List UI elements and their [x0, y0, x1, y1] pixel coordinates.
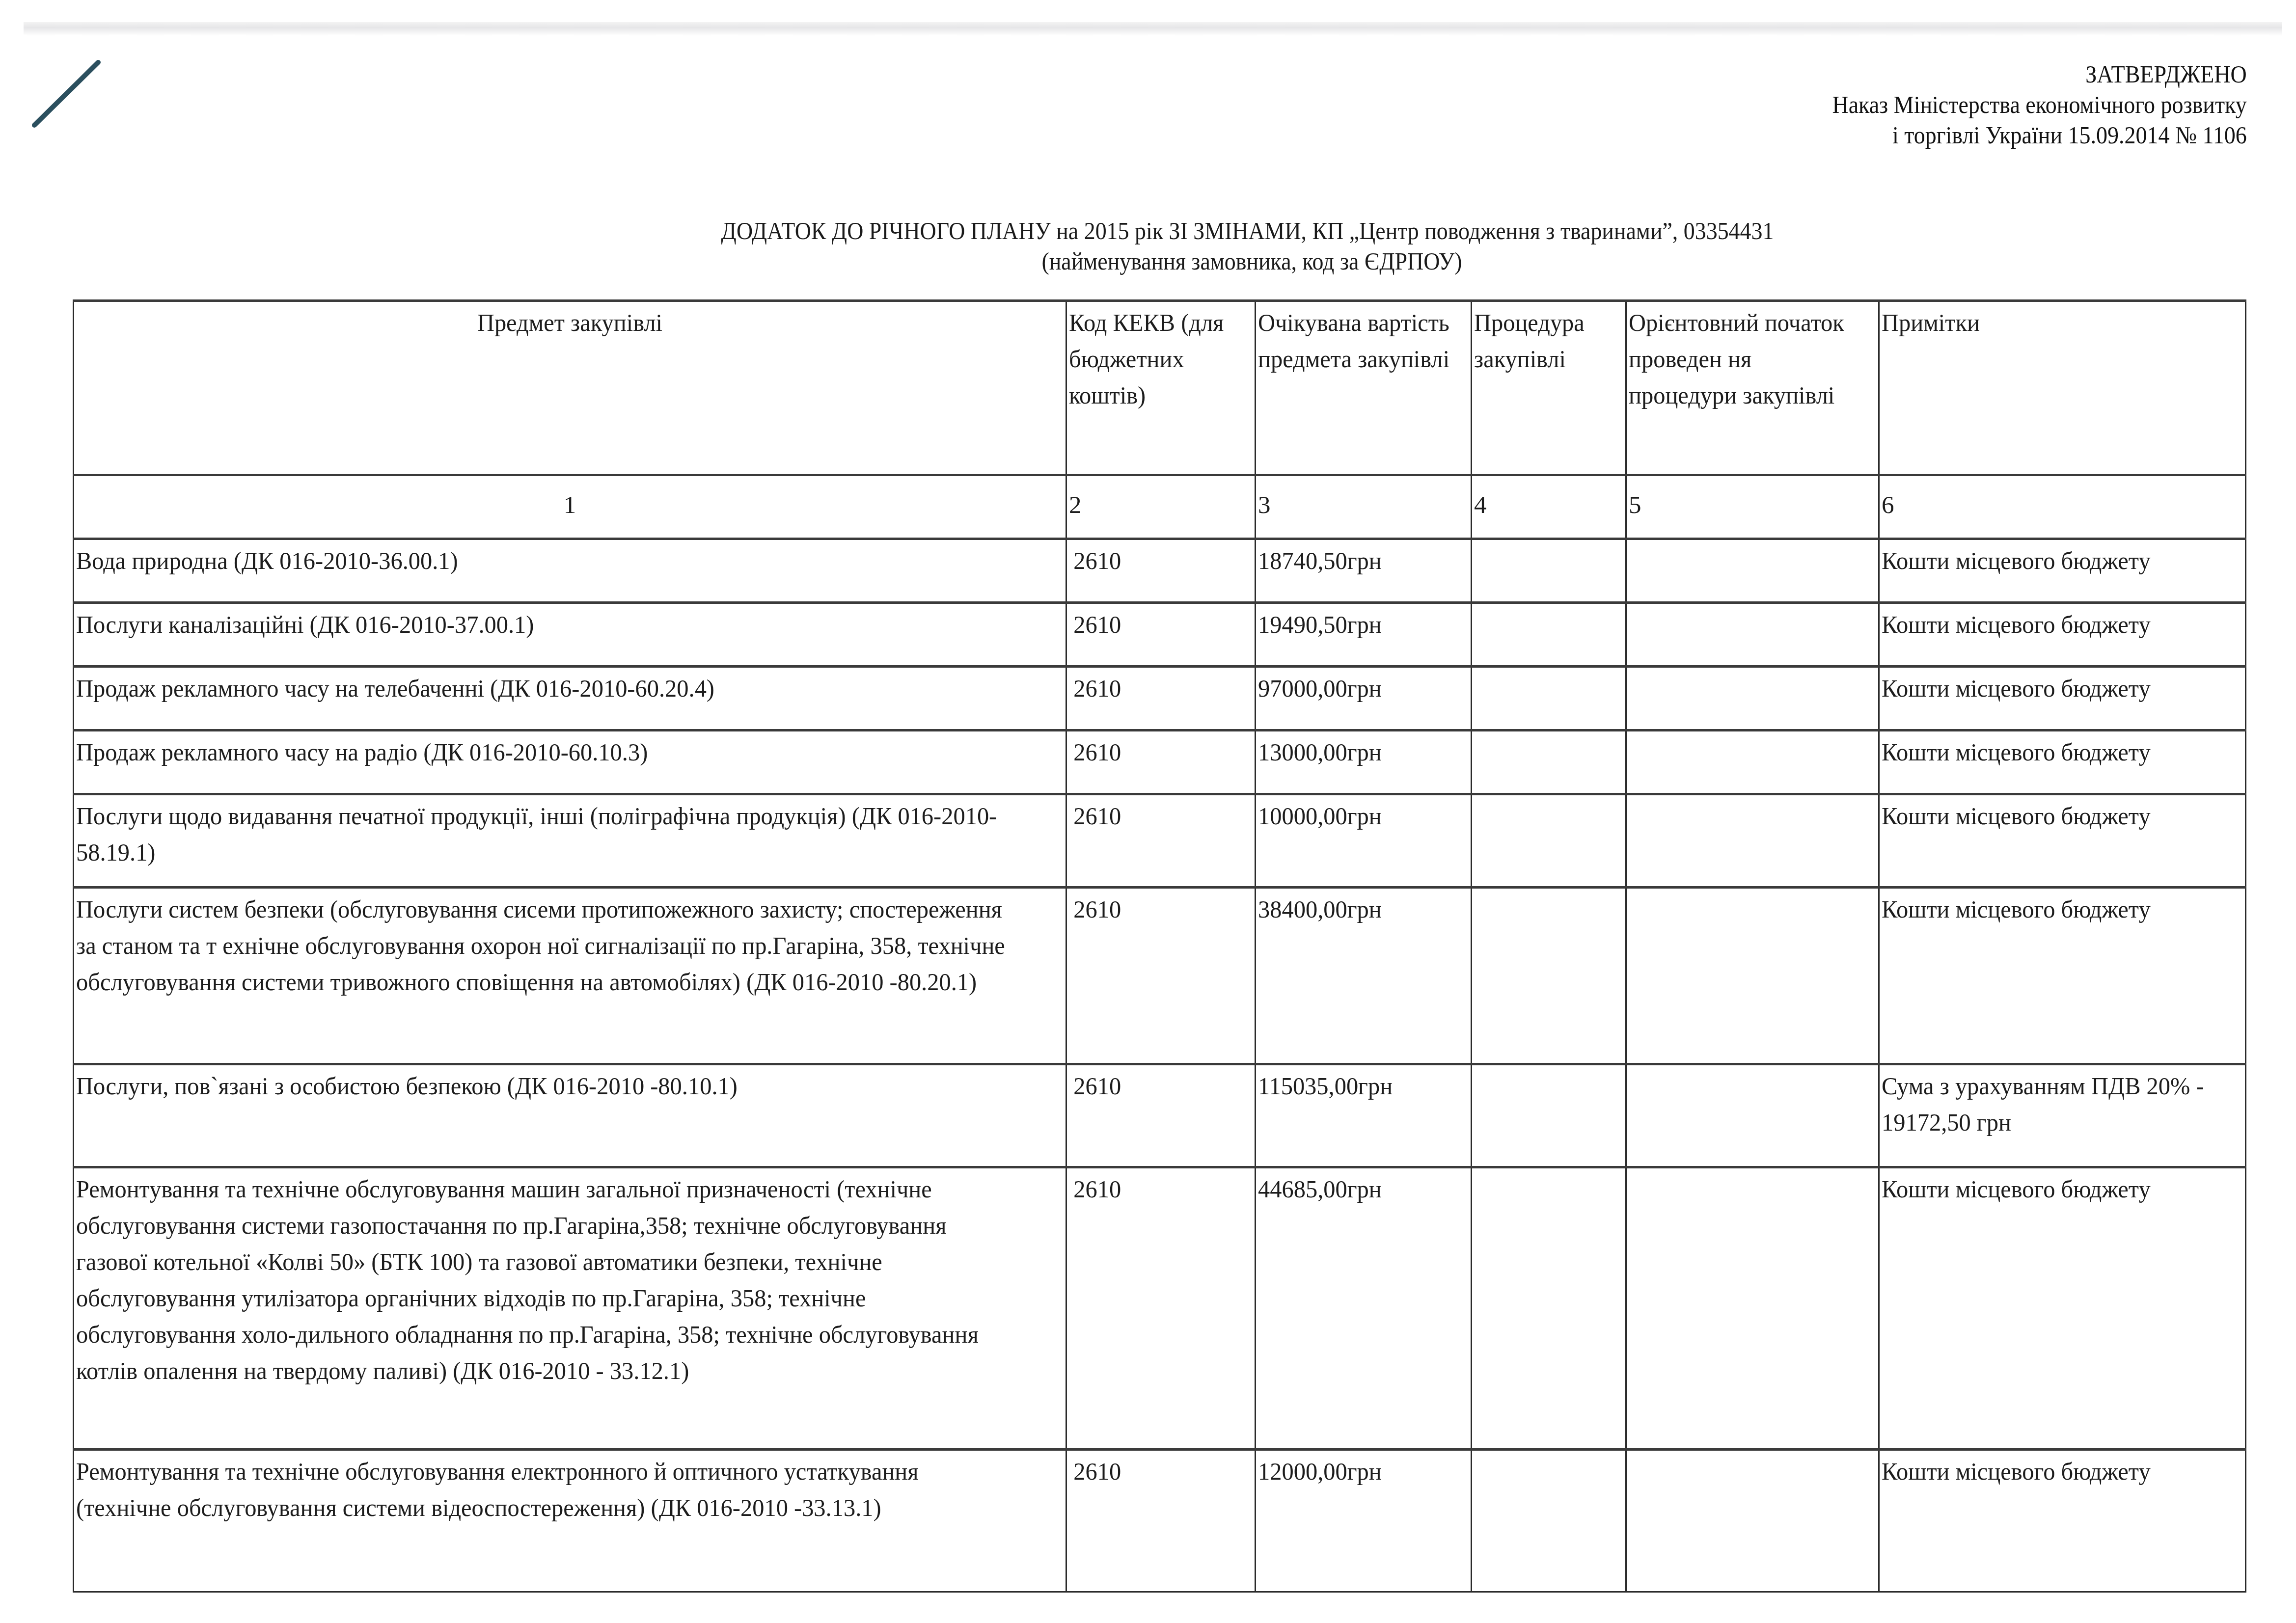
cell-notes-text: Кошти місцевого бюджету [1882, 734, 2225, 771]
cell-notes: Кошти місцевого бюджету [1879, 539, 2246, 603]
cell-start [1626, 1450, 1879, 1592]
cell-procedure [1472, 539, 1626, 603]
cell-start [1626, 794, 1879, 888]
column-number: 2 [1066, 475, 1256, 539]
cell-procedure [1472, 603, 1626, 667]
cell-kekv: 2610 [1066, 1450, 1256, 1592]
cell-procedure [1472, 794, 1626, 888]
cell-cost: 18740,50грн [1256, 539, 1472, 603]
cell-subject-text: Ремонтування та технічне обслуговування … [76, 1454, 1014, 1526]
cell-notes-text: Кошти місцевого бюджету [1882, 1171, 2225, 1208]
cell-kekv: 2610 [1066, 603, 1256, 667]
table-row: Вода природна (ДК 016-2010-36.00.1)26101… [74, 539, 2246, 603]
cell-procedure [1472, 1064, 1626, 1167]
header-label: Процедура закупівлі [1474, 305, 1616, 378]
cell-cost-text: 44685,00грн [1258, 1171, 1458, 1208]
cell-notes-text: Кошти місцевого бюджету [1882, 798, 2225, 835]
cell-kekv: 2610 [1066, 1167, 1256, 1450]
cell-cost: 115035,00грн [1256, 1064, 1472, 1167]
table-row: Продаж рекламного часу на телебаченні (Д… [74, 667, 2246, 730]
cell-start [1626, 888, 1879, 1064]
cell-subject-text: Послуги каналізаційні (ДК 016-2010-37.00… [76, 607, 1014, 643]
column-number: 4 [1472, 475, 1626, 539]
document-title: ДОДАТОК ДО РІЧНОГО ПЛАНУ на 2015 рік ЗІ … [115, 216, 2181, 246]
cell-cost: 38400,00грн [1256, 888, 1472, 1064]
cell-kekv-text: 2610 [1073, 1454, 1248, 1490]
document-subtitle: (найменування замовника, код за ЄДРПОУ) [115, 246, 2181, 277]
header-start-date: Орієнтовний початок проведен ня процедур… [1626, 301, 1879, 475]
approval-stamp: ЗАТВЕРДЖЕНО [1832, 59, 2247, 89]
cell-notes: Кошти місцевого бюджету [1879, 794, 2246, 888]
cell-notes: Кошти місцевого бюджету [1879, 1167, 2246, 1450]
cell-cost: 13000,00грн [1256, 730, 1472, 794]
cell-start [1626, 1064, 1879, 1167]
cell-subject-text: Послуги щодо видавання печатної продукці… [76, 798, 1014, 871]
header-notes: Примітки [1879, 301, 2246, 475]
cell-procedure [1472, 1167, 1626, 1450]
cell-kekv-text: 2610 [1073, 543, 1248, 579]
cell-kekv-text: 2610 [1073, 607, 1248, 643]
cell-cost-text: 13000,00грн [1258, 734, 1458, 771]
table-body: Вода природна (ДК 016-2010-36.00.1)26101… [74, 539, 2246, 1592]
cell-subject: Продаж рекламного часу на телебаченні (Д… [74, 667, 1066, 730]
header-expected-cost: Очікувана вартість предмета закупівлі [1256, 301, 1472, 475]
cell-subject-text: Продаж рекламного часу на радіо (ДК 016-… [76, 734, 1014, 771]
cell-cost-text: 12000,00грн [1258, 1454, 1458, 1490]
cell-cost: 10000,00грн [1256, 794, 1472, 888]
cell-kekv-text: 2610 [1073, 892, 1248, 928]
header-procedure: Процедура закупівлі [1472, 301, 1626, 475]
cell-kekv: 2610 [1066, 794, 1256, 888]
cell-subject: Ремонтування та технічне обслуговування … [74, 1167, 1066, 1450]
cell-cost-text: 115035,00грн [1258, 1068, 1458, 1105]
scan-edge-shadow [24, 22, 2282, 36]
pen-mark-icon [29, 56, 108, 130]
cell-subject: Послуги систем безпеки (обслуговування с… [74, 888, 1066, 1064]
cell-kekv-text: 2610 [1073, 798, 1248, 835]
cell-notes: Кошти місцевого бюджету [1879, 730, 2246, 794]
cell-cost: 12000,00грн [1256, 1450, 1472, 1592]
cell-subject: Ремонтування та технічне обслуговування … [74, 1450, 1066, 1592]
cell-notes: Кошти місцевого бюджету [1879, 667, 2246, 730]
cell-subject-text: Вода природна (ДК 016-2010-36.00.1) [76, 543, 1014, 579]
cell-start [1626, 603, 1879, 667]
cell-cost: 19490,50грн [1256, 603, 1472, 667]
cell-notes-text: Сума з урахуванням ПДВ 20% - 19172,50 гр… [1882, 1068, 2225, 1141]
table-header-row: Предмет закупівлі Код КЕКВ (для бюджетни… [74, 301, 2246, 475]
column-number: 6 [1879, 475, 2246, 539]
approval-stamp-block: ЗАТВЕРДЖЕНО Наказ Міністерства економічн… [1832, 59, 2247, 150]
table-row: Послуги щодо видавання печатної продукці… [74, 794, 2246, 888]
cell-start [1626, 1167, 1879, 1450]
cell-subject: Вода природна (ДК 016-2010-36.00.1) [74, 539, 1066, 603]
cell-cost: 44685,00грн [1256, 1167, 1472, 1450]
header-label: Примітки [1882, 305, 2225, 341]
column-number: 1 [74, 475, 1066, 539]
table-row: Ремонтування та технічне обслуговування … [74, 1450, 2246, 1592]
procurement-plan-table: Предмет закупівлі Код КЕКВ (для бюджетни… [73, 299, 2246, 1593]
column-number: 5 [1626, 475, 1879, 539]
cell-kekv-text: 2610 [1073, 671, 1248, 707]
cell-cost-text: 19490,50грн [1258, 607, 1458, 643]
cell-subject-text: Послуги, пов`язані з особистою безпекою … [76, 1068, 1014, 1105]
cell-notes-text: Кошти місцевого бюджету [1882, 607, 2225, 643]
header-label: Орієнтовний початок проведен ня процедур… [1629, 305, 1864, 414]
cell-cost-text: 97000,00грн [1258, 671, 1458, 707]
approval-order-line2: і торгівлі України 15.09.2014 № 1106 [1832, 120, 2247, 150]
cell-procedure [1472, 1450, 1626, 1592]
cell-notes-text: Кошти місцевого бюджету [1882, 892, 2225, 928]
cell-kekv-text: 2610 [1073, 1068, 1248, 1105]
cell-procedure [1472, 730, 1626, 794]
cell-kekv: 2610 [1066, 730, 1256, 794]
header-label: Очікувана вартість предмета закупівлі [1258, 305, 1458, 378]
cell-subject-text: Продаж рекламного часу на телебаченні (Д… [76, 671, 1014, 707]
cell-notes: Кошти місцевого бюджету [1879, 1450, 2246, 1592]
cell-notes-text: Кошти місцевого бюджету [1882, 1454, 2225, 1490]
cell-subject: Продаж рекламного часу на радіо (ДК 016-… [74, 730, 1066, 794]
column-number: 3 [1256, 475, 1472, 539]
cell-notes: Кошти місцевого бюджету [1879, 888, 2246, 1064]
approval-order-line1: Наказ Міністерства економічного розвитку [1832, 89, 2247, 120]
cell-notes-text: Кошти місцевого бюджету [1882, 671, 2225, 707]
header-subject: Предмет закупівлі [74, 301, 1066, 475]
document-heading: ДОДАТОК ДО РІЧНОГО ПЛАНУ на 2015 рік ЗІ … [0, 216, 2296, 277]
table-row: Послуги систем безпеки (обслуговування с… [74, 888, 2246, 1064]
header-kekv: Код КЕКВ (для бюджетних коштів) [1066, 301, 1256, 475]
cell-kekv: 2610 [1066, 539, 1256, 603]
cell-kekv-text: 2610 [1073, 1171, 1248, 1208]
cell-kekv: 2610 [1066, 667, 1256, 730]
cell-kekv: 2610 [1066, 888, 1256, 1064]
header-label: Предмет закупівлі [101, 305, 1039, 341]
cell-subject: Послуги щодо видавання печатної продукці… [74, 794, 1066, 888]
table-row: Послуги каналізаційні (ДК 016-2010-37.00… [74, 603, 2246, 667]
cell-subject: Послуги, пов`язані з особистою безпекою … [74, 1064, 1066, 1167]
header-label: Код КЕКВ (для бюджетних коштів) [1069, 305, 1243, 414]
cell-kekv: 2610 [1066, 1064, 1256, 1167]
cell-subject-text: Ремонтування та технічне обслуговування … [76, 1171, 1014, 1389]
table-row: Продаж рекламного часу на радіо (ДК 016-… [74, 730, 2246, 794]
cell-start [1626, 730, 1879, 794]
cell-notes-text: Кошти місцевого бюджету [1882, 543, 2225, 579]
cell-cost-text: 38400,00грн [1258, 892, 1458, 928]
cell-procedure [1472, 888, 1626, 1064]
cell-start [1626, 539, 1879, 603]
cell-kekv-text: 2610 [1073, 734, 1248, 771]
cell-procedure [1472, 667, 1626, 730]
cell-notes: Кошти місцевого бюджету [1879, 603, 2246, 667]
cell-notes: Сума з урахуванням ПДВ 20% - 19172,50 гр… [1879, 1064, 2246, 1167]
cell-subject-text: Послуги систем безпеки (обслуговування с… [76, 892, 1014, 1001]
cell-cost-text: 18740,50грн [1258, 543, 1458, 579]
cell-subject: Послуги каналізаційні (ДК 016-2010-37.00… [74, 603, 1066, 667]
cell-cost: 97000,00грн [1256, 667, 1472, 730]
cell-start [1626, 667, 1879, 730]
table-row: Ремонтування та технічне обслуговування … [74, 1167, 2246, 1450]
cell-cost-text: 10000,00грн [1258, 798, 1458, 835]
column-number-row: 1 2 3 4 5 6 [74, 475, 2246, 539]
table-row: Послуги, пов`язані з особистою безпекою … [74, 1064, 2246, 1167]
